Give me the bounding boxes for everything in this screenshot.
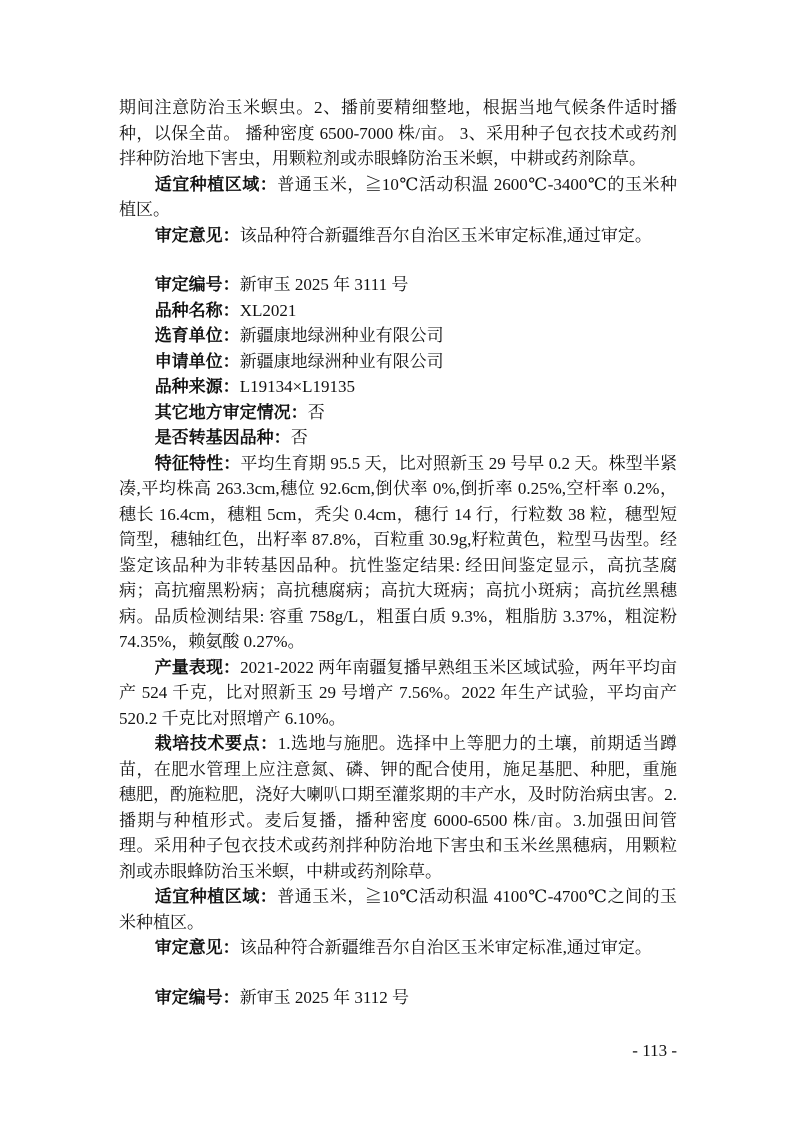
field-label: 适宜种植区域： — [155, 887, 278, 906]
para-characteristics: 特征特性：平均生育期 95.5 天，比对照新玉 29 号早 0.2 天。株型半紧… — [119, 451, 677, 655]
para-yield-performance: 产量表现：2021-2022 两年南疆复播早熟组玉米区域试验，两年平均亩产 52… — [119, 655, 677, 732]
field-label: 审定意见： — [155, 938, 240, 957]
field-value: 1.选地与施肥。选择中上等肥力的土壤，前期适当蹲苗，在肥水管理上应注意氮、磷、钾… — [119, 734, 677, 881]
para-suitable-region-2: 适宜种植区域：普通玉米，≧10℃活动积温 4100℃-4700℃之间的玉米种植区… — [119, 884, 677, 935]
field-value: 新审玉 2025 年 3112 号 — [240, 988, 409, 1007]
para-approval-opinion-1: 审定意见：该品种符合新疆维吾尔自治区玉米审定标准,通过审定。 — [119, 223, 677, 249]
field-label: 品种名称： — [155, 301, 240, 320]
field-value: 否 — [291, 428, 308, 447]
field-label: 栽培技术要点： — [155, 734, 278, 753]
document-page: 期间注意防治玉米螟虫。2、播前要精细整地，根据当地气候条件适时播种，以保全苗。 … — [0, 0, 793, 1122]
para-suitable-region-1: 适宜种植区域：普通玉米，≧10℃活动积温 2600℃-3400℃的玉米种植区。 — [119, 172, 677, 223]
field-label: 审定意见： — [155, 226, 240, 245]
document-body: 期间注意防治玉米螟虫。2、播前要精细整地，根据当地气候条件适时播种，以保全苗。 … — [119, 95, 677, 1010]
para-approval-number-2: 审定编号：新审玉 2025 年 3112 号 — [119, 985, 677, 1011]
field-label: 其它地方审定情况： — [155, 403, 308, 422]
field-value: 该品种符合新疆维吾尔自治区玉米审定标准,通过审定。 — [240, 226, 652, 245]
field-label: 产量表现： — [155, 658, 240, 677]
field-value: 新审玉 2025 年 3111 号 — [240, 275, 409, 294]
para-variety-name: 品种名称：XL2021 — [119, 298, 677, 324]
field-value: XL2021 — [240, 301, 297, 320]
field-label: 选育单位： — [155, 326, 240, 345]
field-value: 平均生育期 95.5 天，比对照新玉 29 号早 0.2 天。株型半紧凑,平均株… — [119, 454, 677, 652]
para-gmo-status: 是否转基因品种：否 — [119, 425, 677, 451]
para-approval-opinion-2: 审定意见：该品种符合新疆维吾尔自治区玉米审定标准,通过审定。 — [119, 935, 677, 961]
field-value: 期间注意防治玉米螟虫。2、播前要精细整地，根据当地气候条件适时播种，以保全苗。 … — [119, 98, 677, 168]
field-label: 审定编号： — [155, 275, 240, 294]
para-breeding-unit: 选育单位：新疆康地绿洲种业有限公司 — [119, 323, 677, 349]
field-value: 新疆康地绿洲种业有限公司 — [240, 352, 444, 371]
field-value: 否 — [308, 403, 325, 422]
para-continuation-cultivation: 期间注意防治玉米螟虫。2、播前要精细整地，根据当地气候条件适时播种，以保全苗。 … — [119, 95, 677, 172]
para-other-approval-status: 其它地方审定情况：否 — [119, 400, 677, 426]
para-applicant-unit: 申请单位：新疆康地绿洲种业有限公司 — [119, 349, 677, 375]
page-number: - 113 - — [0, 1040, 677, 1062]
para-variety-source: 品种来源：L19134×L19135 — [119, 374, 677, 400]
field-label: 特征特性： — [155, 454, 241, 473]
para-cultivation-points: 栽培技术要点：1.选地与施肥。选择中上等肥力的土壤，前期适当蹲苗，在肥水管理上应… — [119, 731, 677, 884]
field-label: 品种来源： — [155, 377, 240, 396]
field-label: 审定编号： — [155, 988, 240, 1007]
field-label: 申请单位： — [155, 352, 240, 371]
field-value: L19134×L19135 — [240, 377, 355, 396]
field-label: 是否转基因品种： — [155, 428, 291, 447]
field-value: 该品种符合新疆维吾尔自治区玉米审定标准,通过审定。 — [240, 938, 652, 957]
field-value: 新疆康地绿洲种业有限公司 — [240, 326, 444, 345]
field-label: 适宜种植区域： — [155, 175, 278, 194]
para-approval-number-1: 审定编号：新审玉 2025 年 3111 号 — [119, 272, 677, 298]
